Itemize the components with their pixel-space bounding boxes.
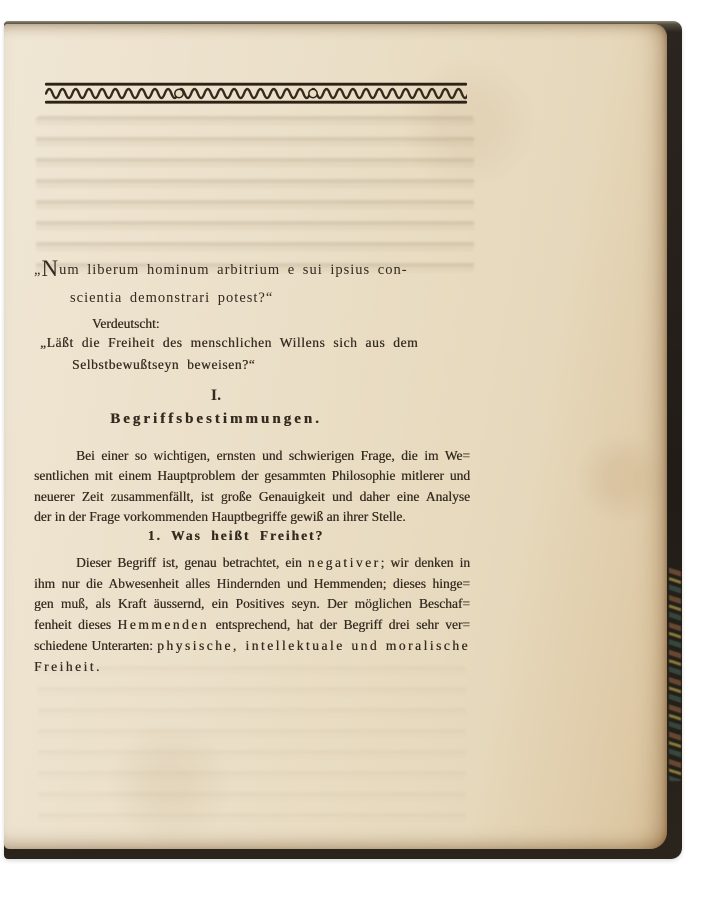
german-quote-line-2: Selbstbewußtseyn beweisen?“ bbox=[34, 357, 508, 373]
paragraph-2-line-4-post: entsprechend, hat der Begriff drei sehr … bbox=[209, 617, 470, 632]
show-through-ghost-top bbox=[36, 116, 474, 278]
ornament-ring-1 bbox=[175, 89, 183, 97]
ornament-top-rule bbox=[45, 83, 467, 86]
latin-quote-line-1: „Num liberum hominum arbitrium e sui ips… bbox=[34, 262, 470, 279]
paragraph-1-line-3: neuerer Zeit zusammenfällt, ist große Ge… bbox=[34, 487, 470, 507]
emphasized-word: negativer bbox=[308, 555, 381, 570]
paragraph-1: Bei einer so wichtigen, ernsten und schw… bbox=[34, 446, 470, 528]
book: „Num liberum hominum arbitrium e sui ips… bbox=[4, 21, 682, 859]
paragraph-1-line-2: sentlichen mit einem Hauptproblem der ge… bbox=[34, 466, 470, 486]
emphasized-phrase: physische, intellektuale und moralische bbox=[157, 638, 470, 653]
ornament-bottom-rule bbox=[45, 101, 467, 104]
marbled-board-edge bbox=[669, 566, 681, 781]
paragraph-2-line-1: Dieser Begriff ist, genau betrachtet, ei… bbox=[34, 553, 470, 574]
paragraph-2-line-2: ihm nur die Abwesenheit alles Hindernden… bbox=[34, 574, 470, 595]
subheading: 1. Was heißt Freihet? bbox=[34, 528, 470, 544]
latin-initial-capital: N bbox=[41, 256, 59, 281]
book-page: „Num liberum hominum arbitrium e sui ips… bbox=[4, 24, 667, 849]
verdeutscht-label: Verdeutscht: bbox=[34, 316, 528, 332]
latin-quote-line-1-text: um liberum hominum arbitrium e sui ipsiu… bbox=[59, 262, 408, 278]
paragraph-2: Dieser Begriff ist, genau betrachtet, ei… bbox=[34, 553, 470, 677]
show-through-ghost-bottom bbox=[38, 666, 466, 834]
paragraph-1-line-1: Bei einer so wichtigen, ernsten und schw… bbox=[34, 446, 470, 466]
paragraph-2-line-4-pre: fenheit dieses bbox=[34, 617, 118, 632]
ornament-rule bbox=[45, 82, 467, 105]
emphasized-word: Freiheit. bbox=[34, 659, 102, 674]
photo-background: „Num liberum hominum arbitrium e sui ips… bbox=[0, 0, 708, 900]
german-quote-line-1: „Läßt die Freiheit des menschlichen Will… bbox=[34, 335, 476, 351]
section-number: I. bbox=[34, 387, 470, 405]
emphasized-word: Hemmenden bbox=[118, 617, 209, 632]
paragraph-2-line-5-pre: schiedene Unterarten: bbox=[34, 638, 157, 653]
latin-quote-line-2: scientia demonstrari potest?“ bbox=[34, 290, 506, 307]
section-title: Begriffsbestimmungen. bbox=[34, 411, 470, 428]
paragraph-2-line-1-pre: Dieser Begriff ist, genau betrachtet, ei… bbox=[76, 555, 308, 570]
ornament-ring-2 bbox=[309, 89, 317, 97]
paragraph-2-line-1-post: ; wir denken in bbox=[381, 555, 470, 570]
ornament-wave bbox=[46, 89, 467, 98]
paragraph-2-line-4: fenheit dieses Hemmenden entsprechend, h… bbox=[34, 615, 470, 636]
paragraph-2-line-3: gen muß, als Kraft äussernd, ein Positiv… bbox=[34, 594, 470, 615]
paragraph-1-line-4: der in der Frage vorkommenden Hauptbegri… bbox=[34, 507, 470, 527]
paragraph-2-line-5: schiedene Unterarten: physische, intelle… bbox=[34, 636, 470, 657]
paragraph-2-line-6: Freiheit. bbox=[34, 657, 470, 678]
